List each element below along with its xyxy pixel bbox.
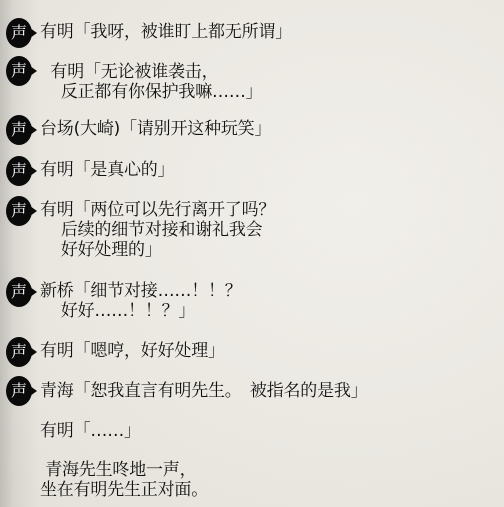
message-backlog: 声 有明「我呀，被谁盯上都无所谓」 声 有明「无论被谁袭击， 反正都有你保护我嘛… (0, 0, 504, 507)
backlog-text: 有明「……」 (40, 421, 141, 441)
narration-text: 青海先生咚地一声， 坐在有明先生正对面。 (40, 460, 208, 500)
backlog-text: 有明「无论被谁袭击， 反正都有你保护我嘛……」 (40, 62, 262, 102)
voice-icon: 声 (6, 121, 32, 139)
voice-replay-button[interactable]: 声 (6, 115, 36, 145)
voice-replay-button[interactable]: 声 (6, 156, 36, 186)
voice-icon: 声 (6, 162, 32, 180)
backlog-text: 新桥「细节对接……！！？ 好好……！！？」 (40, 281, 242, 321)
backlog-text: 有明「嗯哼，好好处理」 (40, 341, 225, 361)
voice-icon: 声 (6, 24, 32, 42)
voice-icon: 声 (6, 283, 32, 301)
backlog-text: 台场(大崎)「请别开这种玩笑」 (40, 119, 271, 139)
voice-icon: 声 (6, 343, 32, 361)
voice-icon: 声 (6, 382, 32, 400)
voice-replay-button[interactable]: 声 (6, 376, 36, 406)
voice-icon: 声 (6, 202, 32, 220)
backlog-text: 有明「是真心的」 (40, 160, 174, 180)
backlog-text: 青海「恕我直言有明先生。 被指名的是我」 (40, 381, 368, 401)
voice-replay-button[interactable]: 声 (6, 196, 36, 226)
voice-replay-button[interactable]: 声 (6, 18, 36, 48)
voice-replay-button[interactable]: 声 (6, 277, 36, 307)
backlog-text: 有明「我呀，被谁盯上都无所谓」 (40, 22, 292, 42)
voice-replay-button[interactable]: 声 (6, 337, 36, 367)
voice-icon: 声 (6, 62, 32, 80)
voice-replay-button[interactable]: 声 (6, 56, 36, 86)
backlog-text: 有明「两位可以先行离开了吗？ 后续的细节对接和谢礼我会 好好处理的」 (40, 200, 275, 260)
